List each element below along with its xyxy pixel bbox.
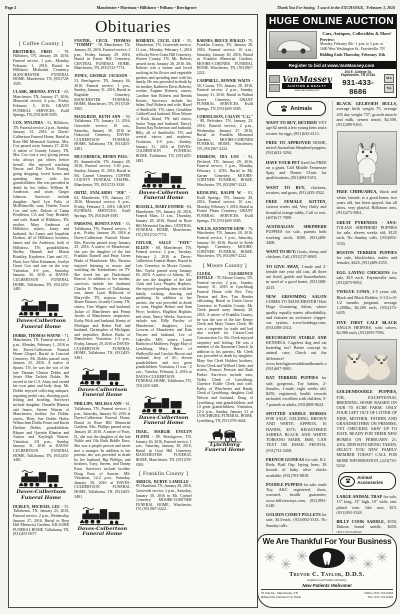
obituary-entry: MCCORMICK, HENRY PAUL - 85, Summitville,…	[74, 155, 130, 187]
classified-ad: GOLDENDOODLE PUPPIES, F1B, EXCEPTIONAL B…	[337, 389, 398, 468]
auction-ad-body: Cars, Antiques, Collectibles & More! Pre…	[267, 29, 396, 60]
vanmassey-contact: 104 E. College St. Fayetteville, TN 3733…	[334, 71, 382, 97]
classified-column-2: BLACK GELBVIEH BULLS, average birth weig…	[332, 101, 398, 533]
obituary-entry: FOSTER, CECIL THOMAS "TOMMY" - 58, Manch…	[74, 39, 130, 71]
dental-banner: We Are Thankful For Your Business	[261, 537, 393, 546]
snowflake-icon	[347, 550, 357, 568]
classified-ad: BOSTON TERRIER PUPPIES for sale, black/w…	[337, 250, 398, 266]
dental-ad: We Are Thankful For Your Business Trevor…	[257, 534, 397, 608]
train-engraving	[80, 364, 124, 388]
masthead-slogan-date: Thank You For Saying, 'I saw it in the E…	[277, 5, 395, 10]
train-icon	[142, 392, 186, 416]
classified-column-1: AnimalsWANT TO BUY, RETIRED VET age 82 n…	[266, 101, 327, 533]
vanmassey-thumbnails	[269, 75, 280, 92]
new-patients-note: New Patients Welcome!	[261, 583, 393, 588]
obituary-column-2: FOSTER, CECIL THOMAS "TOMMY" - 58, Manch…	[74, 39, 130, 597]
horse-carriage-icon	[208, 427, 242, 443]
classified-ad: TWELVE COWS, 2-5 years old, Black and Bl…	[337, 289, 398, 315]
classified-ad: AUSTRALIAN SHEPHERD PUPPIES for sale, pa…	[266, 224, 327, 245]
puppies-photo	[337, 339, 398, 385]
realtor-logos: MLS TAA	[384, 74, 394, 93]
obituary-columns: [ Coffee County ]BROTHERS, FRED - 79, Hi…	[13, 39, 253, 597]
right-rail: HUGE ONLINE AUCTION Cars, Antiques, Coll…	[266, 14, 397, 610]
animal-accessories-section-header: Animal Accessories	[338, 472, 397, 490]
daves-culbertson-logo-ad: Daves-CulbertsonFuneral Home	[136, 167, 192, 202]
obituary-column-1: [ Coffee County ]BROTHERS, FRED - 79, Hi…	[13, 39, 69, 597]
snowflake-icon	[265, 549, 275, 567]
obituary-entry: WILLIS, KENNETH GENE - 76, Winchester, T…	[197, 227, 253, 259]
classified-ad: FREE CHIHUAHUA, black and white, female,…	[337, 189, 398, 215]
car-illustration	[270, 32, 316, 58]
obituary-entry: TRAIL, MARGIE EVELYN FLOYD - 89, Beechgr…	[136, 430, 192, 467]
car-photo	[269, 31, 317, 59]
auction-preview-line2: 1600 West Washington St., Fayetteville, …	[320, 47, 394, 52]
auction-register-bar: Register to bid at www.VanMassey.com	[267, 61, 396, 69]
snowflake-icon	[281, 559, 291, 569]
snowflake-icon	[265, 552, 275, 562]
obituary-entry: DISBROW, IDA LOU - 94, Decherd, TN, Janu…	[197, 155, 253, 187]
vanmassey-row: VanMassey AUCTION & REALTY www.vanmassey…	[267, 69, 396, 98]
lynchburg-funeral-logo-ad: LynchburgFuneral Home	[197, 427, 253, 454]
snowflake-icon	[347, 553, 357, 563]
woof-logo	[340, 476, 355, 487]
obituary-column-3: ROBERTS, CECIL LEE - 55, Manchester, TN,…	[136, 39, 192, 597]
classified-ad: GREAT PYRENEES - ANA-TOLIAN SHEPHERD PUP…	[337, 220, 398, 246]
coverage-towns: Manchester • Morrison • Hillsboro ~ Pelh…	[16, 5, 277, 10]
snowflake-icon	[281, 556, 291, 574]
obituary-entry: COX, MYLINDA - 52, Hillsboro, TN, Funera…	[13, 121, 69, 292]
classified-ad: BEECHGROVE STABLE AND KENNELS, Cageless …	[266, 335, 327, 372]
classified-ad: EGG LAYING CHICKENS for sale, $15 each, …	[337, 270, 398, 286]
snowflake-icon	[363, 556, 373, 574]
train-icon	[80, 503, 124, 527]
daves-culbertson-logo-ad: Daves-CulbertsonFuneral Home	[136, 392, 192, 427]
auction-subtitle: Cars, Antiques, Collectibles & More!	[320, 31, 394, 37]
vanmassey-brand: VanMassey AUCTION & REALTY www.vanmassey…	[282, 75, 332, 92]
daves-culbertson-logo-ad: Daves-CulbertsonFuneral Home	[13, 295, 69, 330]
daves-culbertson-logo-ad: Daves-CulbertsonFuneral Home	[74, 364, 130, 399]
obituary-entry: ARRICK, RUBYE LAMELLE - 89, Huntland, TN…	[136, 480, 192, 512]
train-icon	[142, 167, 186, 191]
obituaries-section: Obituaries [ Coffee County ]BROTHERS, FR…	[8, 14, 258, 608]
funeral-home-logo-caption: Daves-CulbertsonFuneral Home	[139, 416, 188, 427]
auction-ad-title: HUGE ONLINE AUCTION	[267, 15, 396, 29]
train-icon	[19, 295, 63, 319]
classified-ad: NEW GROOMING SALON COMES TO MANCHESTER! …	[266, 294, 327, 331]
train-engraving	[80, 503, 124, 527]
dog-illustration	[347, 138, 387, 184]
train-engraving	[19, 466, 63, 490]
vanmassey-phone: 931-433-8686	[334, 78, 382, 96]
taa-logo: TAA	[384, 84, 394, 93]
classified-ad: LARGE ANIMAL TRAP for sale, 15" long, 13…	[337, 494, 398, 515]
auction-bidding-ends: Bidding Ends Thursday, February 11th	[320, 53, 394, 58]
classified-ad: FIVE FIRST CALF BLACK ANGUS HEIFERS, wit…	[337, 320, 398, 336]
obituary-entry: CLARK, BRENDA JOYCE - 65, Manchester, TN…	[13, 90, 69, 118]
obituary-entry: CORNELISON, CALVIN "C.G." - 88, Belvider…	[197, 115, 253, 152]
classified-columns: AnimalsWANT TO BUY, RETIRED VET age 82 n…	[266, 101, 397, 533]
classified-ad: SPOTTED SADDLE HORSES FOR SALE, GELDING,…	[266, 411, 327, 453]
vanmassey-website: www.vanmassey.com	[282, 89, 332, 92]
classified-ad: WANT TO BUY; Goats, sheep, and chickens,…	[266, 249, 327, 260]
obituary-entry: CLEEK, CLEARENCE ESTILLE - 78, Moore Cou…	[197, 272, 253, 424]
dental-specialty: Implant and Family Dentistry	[261, 578, 393, 582]
snowflake-icon	[297, 548, 307, 566]
paw-icon	[280, 105, 288, 113]
classified-ad: GOLDEN COMET PULLETS for sale, $13/each,…	[266, 512, 327, 528]
funeral-home-logo-caption: Daves-CulbertsonFuneral Home	[16, 319, 65, 330]
chihuahua-photo	[337, 131, 398, 185]
obituary-entry: BARNES, BRUCE JERALD - 79, Franklin Coun…	[197, 39, 253, 76]
county-section-header: [ Moore County ]	[197, 263, 253, 269]
obituary-entry: DOBBS, THOMAS WAYNE - 71, Manchester, TN…	[13, 334, 69, 463]
auction-ad-info: Cars, Antiques, Collectibles & More! Pre…	[317, 31, 394, 59]
obituary-entry: CAMPBELL, BONNIE WAITS - 58, Cowan, TN, …	[197, 79, 253, 111]
classified-ad: BLACK GELBVIEH BULLS, average birth weig…	[337, 101, 398, 127]
puppies-illustration	[341, 348, 393, 384]
train-engraving	[142, 167, 186, 191]
divider	[261, 589, 393, 590]
classified-ad: FREE FEMALE KITTEN, sixteen weeks old, V…	[266, 199, 327, 220]
funeral-home-logo-caption: Daves-CulbertsonFuneral Home	[78, 527, 127, 538]
obituary-entry: RUSSELL, MARY ESTHER - 84, Manchester, T…	[136, 205, 192, 237]
snowflake-icon	[363, 559, 373, 569]
daves-culbertson-logo-ad: Daves-CulbertsonFuneral Home	[13, 466, 69, 501]
classified-ad: POODLE PUPPIES for sale, male Toy, AKC r…	[266, 482, 327, 508]
snowflake-icon	[377, 552, 387, 562]
paw-icon	[280, 101, 288, 118]
classified-ad: BILLY COOK SADDLE, $550, Dakota brand sa…	[337, 519, 398, 533]
daves-culbertson-logo-ad: Daves-CulbertsonFuneral Home	[74, 503, 130, 538]
obituary-entry: DUDLEY, MICHAEL LEE - 55, Tullahoma, TN,…	[13, 505, 69, 537]
obituary-entry: JONES, GEORGE JACKSON - 53, Beechgrove, …	[74, 74, 130, 111]
obituary-entry: ROBERTS, CECIL LEE - 55, Manchester, TN,…	[136, 39, 192, 163]
funeral-home-logo-caption: LynchburgFuneral Home	[205, 443, 245, 454]
classified-ad: FREE TO APPROVED HOME, mixed Australian …	[266, 140, 327, 156]
train-engraving	[19, 295, 63, 319]
obituary-entry: KEESLING, RALPH W. - 81, Estill Springs,…	[197, 191, 253, 223]
woof-paw-icon	[345, 478, 351, 484]
dental-phones: Office: 931-723-6404 Fax: 931-723-6404	[364, 591, 393, 600]
snowflake-icon	[377, 549, 387, 567]
animals-section-label: Animals	[290, 106, 312, 112]
tooth-icon	[309, 548, 345, 568]
classified-ad: RAT TERRIER PUPPIES for sale, gorgeous, …	[266, 375, 327, 407]
obituary-entry: ORTIZ, EVALARDO "JOE" - 62, Manchester, …	[74, 191, 130, 219]
snowflake-icon	[297, 551, 307, 561]
obituary-column-4: BARNES, BRUCE JERALD - 79, Franklin Coun…	[197, 39, 253, 597]
obituaries-title: Obituaries	[13, 18, 253, 37]
vanmassey-name: VanMassey	[282, 75, 332, 84]
obituary-entry: BROTHERS, FRED - 79, Hillsboro, TN, Janu…	[13, 50, 69, 87]
obituary-entry: MANGRUM, RUTH ANN - 59, Tullahoma, TN, J…	[74, 115, 130, 152]
mls-logo: MLS	[384, 74, 394, 83]
obituary-entry: PARSONS, BONITA FAYE - 53, Tullahoma, TN…	[74, 222, 130, 360]
obituary-entry: PHILLIPS, MELISSA ANN - 61, Tullahoma, T…	[74, 402, 130, 499]
funeral-home-logo-caption: Daves-CulbertsonFuneral Home	[139, 191, 188, 202]
classified-ad: WANT TO BUY, chickens, roosters, and goa…	[266, 185, 327, 196]
animal-accessories-label: Animal Accessories	[357, 476, 393, 485]
dental-contact: 53 Sita Dr., Manchester, TN Behind the N…	[261, 591, 393, 600]
train-engraving	[142, 392, 186, 416]
dental-address: 53 Sita Dr., Manchester, TN Behind the N…	[261, 591, 301, 600]
animals-section-header: Animals	[267, 101, 326, 116]
classified-ad: WANT TO BUY, RETIRED VET age 82 needs a …	[266, 120, 327, 136]
page-number: Page 2	[5, 5, 16, 10]
classified-ad: HAVE YOUR PET fixed for FREE on a grant,…	[266, 160, 327, 181]
classified-ad: FRENCH GUINEAS for sale, R.J. Reds, Buff…	[266, 457, 327, 478]
newspaper-page: { "page_header": { "left": "Page 2", "ce…	[0, 0, 400, 614]
county-section-header: [ Coffee County ]	[13, 41, 69, 47]
obituary-entry: TAYLOR, SALLY "FAYE" ELLEN - 68, Manches…	[136, 241, 192, 389]
page-header: Page 2 Manchester • Morrison • Hillsboro…	[5, 2, 395, 12]
county-section-header: [ Franklin County ]	[136, 471, 192, 477]
classified-ad: TO GIVE AWAY, 1-male and 2-female one ye…	[266, 264, 327, 290]
dental-logo-row	[261, 547, 393, 571]
train-icon	[80, 364, 124, 388]
train-icon	[19, 466, 63, 490]
funeral-home-logo-caption: Daves-CulbertsonFuneral Home	[16, 490, 65, 501]
horse-carriage-engraving	[208, 427, 242, 443]
auction-ad: HUGE ONLINE AUCTION Cars, Antiques, Coll…	[266, 14, 397, 98]
funeral-home-logo-caption: Daves-CulbertsonFuneral Home	[78, 388, 127, 399]
